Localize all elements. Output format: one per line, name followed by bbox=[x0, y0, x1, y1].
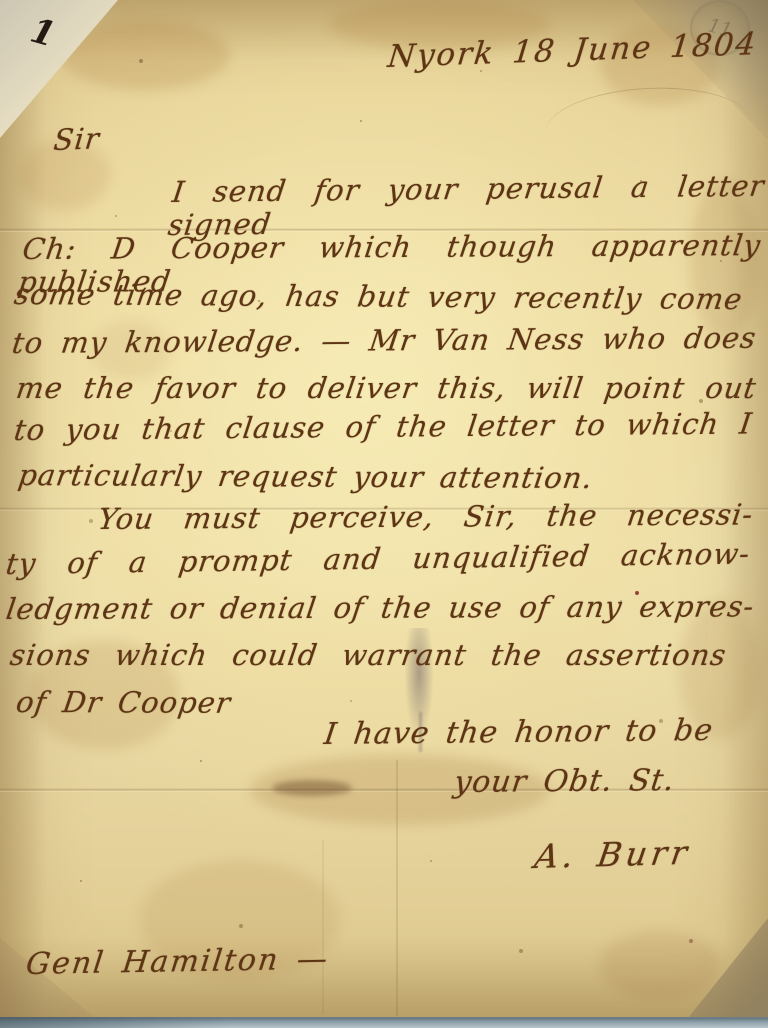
salutation: Sir bbox=[52, 122, 102, 157]
body-line: some time ago, has but very recently com… bbox=[12, 278, 745, 316]
stain-blotch bbox=[600, 930, 720, 1000]
body-line: me the favor to deliver this, will point… bbox=[14, 372, 759, 405]
signature: A. Burr bbox=[532, 834, 694, 876]
body-line: to you that clause of the letter to whic… bbox=[12, 408, 754, 448]
crease-stain bbox=[272, 780, 352, 796]
body-line: of Dr Cooper bbox=[14, 686, 233, 720]
closing-line-2: your Obt. St. bbox=[452, 764, 677, 800]
fold-crease-vertical-faint bbox=[322, 840, 324, 1014]
body-line: to my knowledge. — Mr Van Ness who does bbox=[10, 322, 758, 361]
body-line: sions which could warrant the assertions bbox=[8, 639, 729, 672]
paper-speckles bbox=[0, 0, 2, 2]
fold-crease-vertical bbox=[396, 760, 398, 1016]
stain-blotch bbox=[60, 20, 230, 90]
letter-scan: 1 11 Nyork 18 June 1804 Sir I send for y… bbox=[0, 0, 768, 1028]
closing-line-1: I have the honor to be bbox=[322, 714, 715, 753]
body-line: particularly request your attention. bbox=[16, 459, 595, 495]
addressee: Genl Hamilton — bbox=[24, 943, 331, 983]
body-line: ledgment or denial of the use of any exp… bbox=[4, 590, 757, 626]
scan-edge-strip bbox=[0, 1017, 768, 1028]
body-line: You must perceive, Sir, the necessi- bbox=[96, 498, 755, 536]
